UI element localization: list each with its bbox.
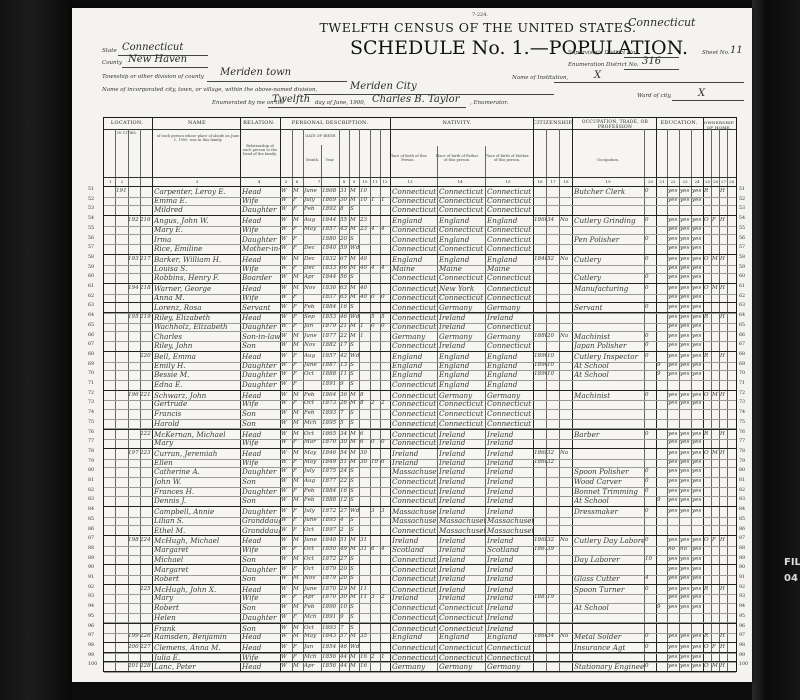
city-label: Name of incorporated city, town, or vill… xyxy=(102,87,317,93)
cell-write: yes xyxy=(680,225,691,235)
cell-relation: Daughter xyxy=(242,487,280,497)
cell-mort xyxy=(712,516,719,526)
cell-unemp: 0 xyxy=(645,235,656,245)
line-number-left: 94 xyxy=(88,604,94,609)
cell-mother xyxy=(371,496,380,506)
line-number-left: 60 xyxy=(88,274,94,279)
cell-eng: yes xyxy=(692,293,703,303)
cell-mort xyxy=(712,273,719,283)
cell-house xyxy=(116,196,128,206)
cell-write: yes xyxy=(680,370,691,380)
cell-farm xyxy=(720,409,727,419)
cell-dwelling xyxy=(128,244,140,254)
cell-occ xyxy=(574,516,644,526)
cell-month: Apr xyxy=(304,593,321,603)
cell-own xyxy=(704,458,711,468)
cell-house xyxy=(116,273,128,283)
cell-year: 1884 xyxy=(322,487,339,497)
line-number-right: 87 xyxy=(739,536,745,541)
cell-mort xyxy=(712,244,719,254)
cell-color: W xyxy=(281,370,292,380)
cell-age: 44 xyxy=(340,662,349,672)
cell-school: 9 xyxy=(657,370,667,380)
line-number-left: 74 xyxy=(88,410,94,415)
cell-farm: H xyxy=(720,632,727,642)
line-number-left: 59 xyxy=(88,265,94,270)
subheader-birth-person: Place of birth of this Person. xyxy=(386,154,430,162)
cell-occ: At School xyxy=(574,370,644,380)
cell-color: W xyxy=(281,467,292,477)
line-number-left: 52 xyxy=(88,197,94,202)
cell-occ: Wood Carver xyxy=(574,477,644,487)
cell-marital: S xyxy=(350,487,359,497)
cell-yrs-us xyxy=(547,555,559,565)
cell-unemp xyxy=(645,496,656,506)
cell-school xyxy=(657,235,667,245)
supervisor-value: Connecticut xyxy=(628,16,695,29)
cell-mort xyxy=(712,632,719,642)
cell-color: W xyxy=(281,244,292,254)
cell-month: Feb xyxy=(304,487,321,497)
cell-farm xyxy=(720,293,727,303)
cell-living xyxy=(381,361,390,371)
cell-eng: yes xyxy=(692,632,703,642)
cell-relation: Wife xyxy=(242,196,280,206)
cell-month: Feb xyxy=(304,496,321,506)
header-education: EDUCATION. xyxy=(656,120,702,126)
cell-bpm: Ireland xyxy=(487,613,533,623)
cell-imm xyxy=(534,613,546,623)
population-table: LOCATION. NAME RELATION. PERSONAL DESCRI… xyxy=(103,117,737,672)
line-number-right: 68 xyxy=(739,352,745,357)
cell-write: yes xyxy=(680,332,691,342)
cell-sex: F xyxy=(293,438,303,448)
header-relation: RELATION. xyxy=(240,120,278,126)
line-number-left: 61 xyxy=(88,284,94,289)
column-number: 1 xyxy=(106,179,115,184)
cell-sex: M xyxy=(293,409,303,419)
cell-bp: Connecticut xyxy=(392,526,437,536)
cell-relation: Mother-in-law xyxy=(242,244,280,254)
cell-age: 4 xyxy=(340,516,349,526)
cell-farm xyxy=(720,370,727,380)
line-number-right: 91 xyxy=(739,575,745,580)
cell-month: Nov xyxy=(304,341,321,351)
cell-unemp: 0 xyxy=(645,273,656,283)
cell-eng: yes xyxy=(692,555,703,565)
cell-yrs-us: 10 xyxy=(547,370,559,380)
cell-house xyxy=(116,438,128,448)
cell-read: no xyxy=(668,545,679,555)
cell-relation: Son xyxy=(242,555,280,565)
cell-mort xyxy=(712,370,719,380)
cell-color: W xyxy=(281,225,292,235)
cell-family xyxy=(140,593,152,603)
cell-bpf: Ireland xyxy=(439,496,485,506)
cell-own xyxy=(704,613,711,623)
cell-imm xyxy=(534,419,546,429)
cell-yrs-us xyxy=(547,662,559,672)
cell-relation: Son xyxy=(242,603,280,613)
cell-read: yes xyxy=(668,244,679,254)
cell-dwelling xyxy=(128,526,140,536)
cell-yrs-us: 32 xyxy=(547,458,559,468)
cell-mother: 10 xyxy=(371,458,380,468)
cell-marital: S xyxy=(350,380,359,390)
cell-nat xyxy=(560,516,572,526)
subheader-month: Month. xyxy=(304,158,321,162)
cell-year: 1870 xyxy=(322,593,339,603)
cell-house xyxy=(116,380,128,390)
cell-school xyxy=(657,662,667,672)
line-number-right: 90 xyxy=(739,565,745,570)
cell-age: 43 xyxy=(340,225,349,235)
cell-mother xyxy=(371,632,380,642)
cell-bp: Connecticut xyxy=(392,244,437,254)
cell-color: W xyxy=(281,574,292,584)
ward-value: X xyxy=(698,88,705,99)
cell-imm xyxy=(534,225,546,235)
cell-bp: Connecticut xyxy=(392,438,437,448)
cell-color: W xyxy=(281,438,292,448)
cell-imm: 1890 xyxy=(534,370,546,380)
cell-sex: F xyxy=(293,526,303,536)
cell-unemp xyxy=(645,526,656,536)
column-number: 27 xyxy=(720,179,727,184)
cell-house xyxy=(116,264,128,274)
cell-nat xyxy=(560,235,572,245)
cell-color: W xyxy=(281,526,292,536)
subheader-occupation: Occupation. xyxy=(578,158,638,162)
cell-mort xyxy=(712,225,719,235)
cell-bp: Connecticut xyxy=(392,487,437,497)
cell-house xyxy=(116,361,128,371)
cell-house xyxy=(116,632,128,642)
cell-house xyxy=(116,545,128,555)
line-number-right: 88 xyxy=(739,546,745,551)
cell-living xyxy=(381,419,390,429)
cell-occ xyxy=(574,244,644,254)
cell-living xyxy=(381,205,390,215)
cell-nat xyxy=(560,419,572,429)
cell-name: Michael xyxy=(154,555,240,565)
cell-marital: M xyxy=(350,264,359,274)
cell-sex: F xyxy=(293,467,303,477)
cell-month: June xyxy=(304,516,321,526)
cell-name: Louisa S. xyxy=(154,264,240,274)
cell-farm xyxy=(720,361,727,371)
cell-write: yes xyxy=(680,467,691,477)
township-label: Township or other division of county xyxy=(102,74,204,80)
column-number: 10 xyxy=(360,179,370,184)
cell-sex: M xyxy=(293,662,303,672)
cell-read xyxy=(668,516,679,526)
cell-month: Dec xyxy=(304,244,321,254)
line-number-right: 51 xyxy=(739,187,745,192)
column-number: 16 xyxy=(534,179,546,184)
cell-age: 20 xyxy=(340,574,349,584)
cell-house xyxy=(116,458,128,468)
line-number-right: 93 xyxy=(739,594,745,599)
cell-month: July xyxy=(304,467,321,477)
cell-marital: S xyxy=(350,409,359,419)
cell-name: Rice, Emiline xyxy=(154,244,240,254)
cell-unemp xyxy=(645,322,656,332)
cell-eng: yes xyxy=(692,603,703,613)
cell-living xyxy=(381,632,390,642)
cell-house xyxy=(116,409,128,419)
cell-nat xyxy=(560,593,572,603)
cell-family xyxy=(140,380,152,390)
cell-dwelling: 201 xyxy=(128,662,140,672)
line-number-left: 57 xyxy=(88,245,94,250)
cell-nat xyxy=(560,526,572,536)
cell-living: 4 xyxy=(381,545,390,555)
cell-nat xyxy=(560,205,572,215)
cell-mort xyxy=(712,574,719,584)
cell-school xyxy=(657,419,667,429)
cell-bpf: Ireland xyxy=(439,438,485,448)
cell-bp: Connecticut xyxy=(392,341,437,351)
cell-eng: yes xyxy=(692,487,703,497)
cell-family xyxy=(140,419,152,429)
cell-sex: F xyxy=(293,322,303,332)
cell-year: 1882 xyxy=(322,341,339,351)
cell-write xyxy=(680,409,691,419)
cell-read: yes xyxy=(668,555,679,565)
cell-unemp xyxy=(645,438,656,448)
cell-bpf: Connecticut xyxy=(439,225,485,235)
line-number-right: 74 xyxy=(739,410,745,415)
cell-eng xyxy=(692,516,703,526)
cell-school xyxy=(657,477,667,487)
cell-imm xyxy=(534,467,546,477)
cell-house xyxy=(116,574,128,584)
enumerator-name: Charles B. Taylor xyxy=(372,94,459,105)
cell-occ xyxy=(574,399,644,409)
cell-mort xyxy=(712,341,719,351)
cell-imm: 1881 xyxy=(534,593,546,603)
cell-family xyxy=(140,477,152,487)
cell-bp: Maine xyxy=(392,264,437,274)
line-number-right: 67 xyxy=(739,342,745,347)
line-number-left: 99 xyxy=(88,653,94,658)
cell-school xyxy=(657,225,667,235)
cell-eng: yes xyxy=(692,574,703,584)
supervisor-label: Supervisor's District No. xyxy=(568,50,637,56)
cell-age: 10 xyxy=(340,603,349,613)
column-number: 25 xyxy=(704,179,711,184)
cell-mother xyxy=(371,273,380,283)
cell-yrs-married xyxy=(360,487,370,497)
cell-school xyxy=(657,593,667,603)
cell-marital: M xyxy=(350,662,359,672)
cell-year: 1897 xyxy=(322,526,339,536)
cell-name: Wachholz, Elizabeth xyxy=(154,322,240,332)
cell-marital: M xyxy=(350,399,359,409)
cell-dwelling xyxy=(128,370,140,380)
cell-write xyxy=(680,613,691,623)
cell-month xyxy=(304,293,321,303)
cell-bpm: Ireland xyxy=(487,438,533,448)
cell-bpf: Ireland xyxy=(439,555,485,565)
cell-own xyxy=(704,477,711,487)
cell-unemp: 0 xyxy=(645,632,656,642)
cell-bpm: Connecticut xyxy=(487,205,533,215)
cell-yrs-married xyxy=(360,496,370,506)
cell-yrs-us xyxy=(547,225,559,235)
column-number: 2 xyxy=(116,179,128,184)
cell-bpf: England xyxy=(439,235,485,245)
cell-age: 17 xyxy=(340,341,349,351)
cell-school xyxy=(657,574,667,584)
cell-nat xyxy=(560,361,572,371)
subheader-birth-date: DATE OF BIRTH. xyxy=(304,134,338,138)
cell-month: Feb xyxy=(304,603,321,613)
cell-age: 11 xyxy=(340,370,349,380)
cell-bpf: Connecticut xyxy=(439,419,485,429)
line-number-left: 83 xyxy=(88,497,94,502)
cell-occ xyxy=(574,409,644,419)
cell-age: 22 xyxy=(340,332,349,342)
cell-family xyxy=(140,244,152,254)
line-number-right: 96 xyxy=(739,624,745,629)
city-value: Meriden City xyxy=(350,81,417,92)
cell-unemp xyxy=(645,225,656,235)
cell-year: 1840 xyxy=(322,244,339,254)
cell-age: 26 xyxy=(340,399,349,409)
cell-relation: Son xyxy=(242,409,280,419)
cell-school xyxy=(657,399,667,409)
enumeration-value: 316 xyxy=(642,56,661,67)
line-number-right: 63 xyxy=(739,303,745,308)
line-number-left: 77 xyxy=(88,439,94,444)
cell-marital: Wd xyxy=(350,244,359,254)
cell-name: Robbins, Henry F. xyxy=(154,273,240,283)
cell-bp: Connecticut xyxy=(392,225,437,235)
cell-relation: Wife xyxy=(242,264,280,274)
cell-bpf: Massachusetts xyxy=(439,516,485,526)
cell-living xyxy=(381,477,390,487)
cell-marital: S xyxy=(350,235,359,245)
table-row: 201228Lanc, PeterHeadWMApr185644M16Germa… xyxy=(104,661,736,673)
line-number-right: 65 xyxy=(739,323,745,328)
cell-own xyxy=(704,370,711,380)
cell-marital: S xyxy=(350,370,359,380)
cell-name: Helen xyxy=(154,613,240,623)
cell-name: Dennis J. xyxy=(154,496,240,506)
cell-own xyxy=(704,409,711,419)
cell-family xyxy=(140,264,152,274)
subheader-birth-mother: Place of birth of Mother of this person. xyxy=(484,154,530,162)
subheader-birth-father: Place of birth of Father of this person. xyxy=(434,154,480,162)
cell-dwelling xyxy=(128,409,140,419)
cell-family: 226 xyxy=(140,632,152,642)
cell-nat xyxy=(560,555,572,565)
cell-family xyxy=(140,341,152,351)
cell-yrs-us xyxy=(547,526,559,536)
cell-name: Mary xyxy=(154,438,240,448)
cell-own xyxy=(704,419,711,429)
cell-school xyxy=(657,273,667,283)
cell-age: 27 xyxy=(340,555,349,565)
cell-age: 51 xyxy=(340,458,349,468)
cell-yrs-married: 11 xyxy=(360,593,370,603)
cell-relation: Son xyxy=(242,496,280,506)
cell-yrs-married: 8 xyxy=(360,399,370,409)
cell-year: 1891 xyxy=(322,380,339,390)
cell-dwelling xyxy=(128,438,140,448)
cell-farm: H xyxy=(720,662,727,672)
cell-age: 57 xyxy=(340,632,349,642)
cell-month: Mar xyxy=(304,438,321,448)
cell-age: 66 xyxy=(340,264,349,274)
cell-sex: F xyxy=(293,225,303,235)
cell-occ xyxy=(574,380,644,390)
cell-yrs-us: 39 xyxy=(547,545,559,555)
cell-eng: yes xyxy=(692,196,703,206)
cell-marital: S xyxy=(350,419,359,429)
cell-dwelling xyxy=(128,399,140,409)
cell-farm xyxy=(720,264,727,274)
subheader-in-cities: IN CITIES. xyxy=(106,131,148,135)
cell-house xyxy=(116,322,128,332)
line-number-right: 97 xyxy=(739,633,745,638)
cell-read xyxy=(668,526,679,536)
cell-unemp: 0 xyxy=(645,662,656,672)
cell-marital: S xyxy=(350,205,359,215)
cell-living xyxy=(381,380,390,390)
cell-living xyxy=(381,273,390,283)
cell-bpm: Ireland xyxy=(487,603,533,613)
cell-farm xyxy=(720,458,727,468)
cell-marital: M xyxy=(350,458,359,468)
cell-sex: F xyxy=(293,380,303,390)
cell-house xyxy=(116,467,128,477)
cell-mother xyxy=(371,419,380,429)
cell-own xyxy=(704,438,711,448)
cell-age: 2 xyxy=(340,526,349,536)
header-citizenship: CITIZENSHIP. xyxy=(533,120,573,126)
cell-bpm: Germany xyxy=(487,332,533,342)
cell-year: 1879 xyxy=(322,574,339,584)
cell-unemp xyxy=(645,244,656,254)
line-number-left: 82 xyxy=(88,488,94,493)
cell-nat xyxy=(560,613,572,623)
cell-year: 1893 xyxy=(322,409,339,419)
header-personal: PERSONAL DESCRIPTION. xyxy=(280,120,380,126)
cell-occ: At School xyxy=(574,361,644,371)
line-number-right: 82 xyxy=(739,488,745,493)
cell-occ: Glass Cutter xyxy=(574,574,644,584)
cell-sex: M xyxy=(293,477,303,487)
cell-yrs-married xyxy=(360,555,370,565)
line-number-right: 57 xyxy=(739,245,745,250)
cell-own xyxy=(704,487,711,497)
cell-dwelling xyxy=(128,545,140,555)
cell-yrs-married: 1 xyxy=(360,332,370,342)
cell-name: John W. xyxy=(154,477,240,487)
cell-farm xyxy=(720,205,727,215)
column-number: 9 xyxy=(350,179,358,184)
cell-age: 13 xyxy=(340,361,349,371)
cell-nat xyxy=(560,399,572,409)
cell-bpm: Massachusetts xyxy=(487,516,533,526)
cell-sex: F xyxy=(293,293,303,303)
cell-occ: Machinist xyxy=(574,332,644,342)
cell-name: Gertrude xyxy=(154,399,240,409)
cell-bp: Connecticut xyxy=(392,419,437,429)
